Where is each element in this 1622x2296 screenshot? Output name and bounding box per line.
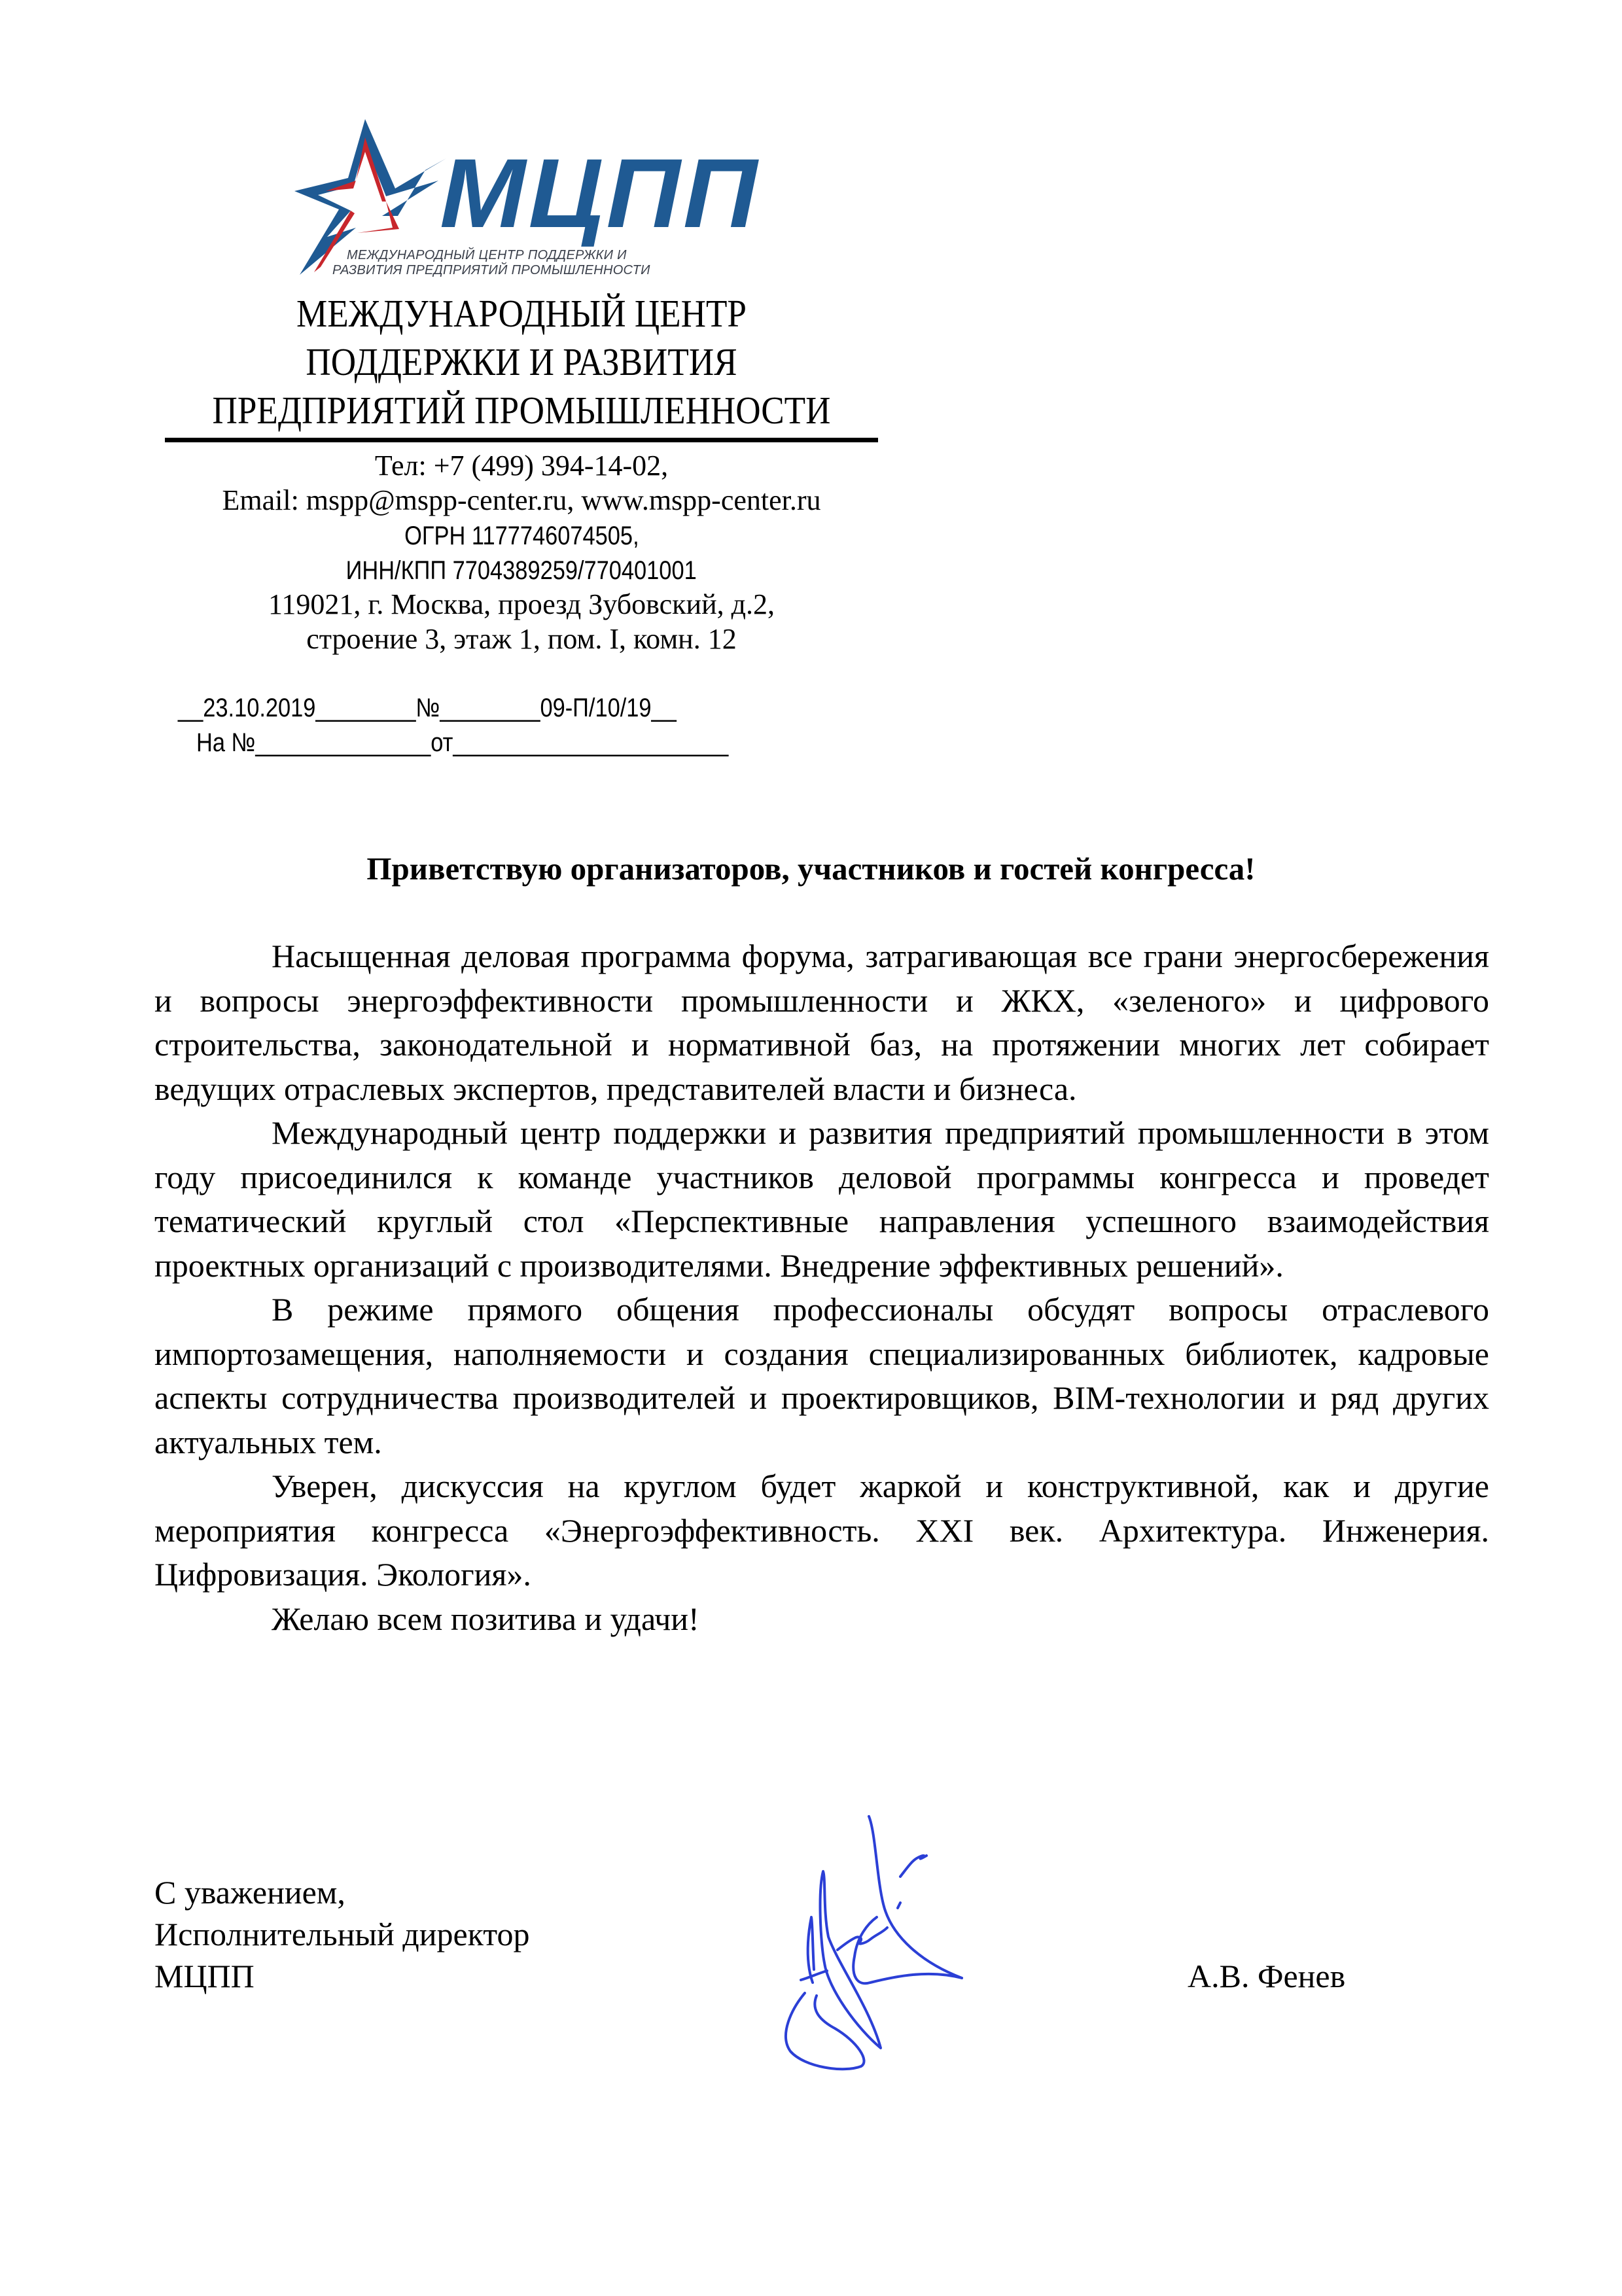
outgoing-registration-line: __23.10.2019________№________09-П/10/19_… xyxy=(178,691,677,726)
closing-block: С уважением, Исполнительный директор МЦП… xyxy=(154,1871,530,1997)
contact-block: Тел: +7 (499) 394-14-02, Email: mspp@msp… xyxy=(165,448,878,656)
signer-name: А.В. Фенев xyxy=(1188,1955,1345,1997)
body-paragraph: Международный центр поддержки и развития… xyxy=(154,1111,1489,1288)
date-prefix-blank: __ xyxy=(178,694,203,722)
number-suffix-blank: __ xyxy=(652,694,677,722)
body-paragraph: Насыщенная деловая программа форума, зат… xyxy=(154,934,1489,1111)
letter-greeting: Приветствую организаторов, участников и … xyxy=(0,849,1622,889)
date-gap-blank: ________ xyxy=(315,694,415,722)
reference-number-blank: ______________ xyxy=(255,728,431,757)
handwritten-signature-icon xyxy=(772,1793,1217,2081)
letter-body: Насыщенная деловая программа форума, зат… xyxy=(154,934,1489,1641)
body-paragraph: Уверен, дискуссия на круглом будет жарко… xyxy=(154,1464,1489,1597)
address-line-1: 119021, г. Москва, проезд Зубовский, д.2… xyxy=(165,587,878,622)
organization-name-line: ПОДДЕРЖКИ И РАЗВИТИЯ xyxy=(201,338,843,386)
logo-subtitle-line-2: РАЗВИТИЯ ПРЕДПРИЯТИЙ ПРОМЫШЛЕННОСТИ xyxy=(332,263,650,277)
signer-position: Исполнительный директор xyxy=(154,1913,530,1955)
signer-organization: МЦПП xyxy=(154,1955,530,1997)
letterhead-divider xyxy=(165,438,878,442)
email-and-website: Email: mspp@mspp-center.ru, www.mspp-cen… xyxy=(165,483,878,518)
address-line-2: строение 3, этаж 1, пом. I, комн. 12 xyxy=(165,622,878,656)
organization-name: МЕЖДУНАРОДНЫЙ ЦЕНТР ПОДДЕРЖКИ И РАЗВИТИЯ… xyxy=(201,289,843,434)
reference-from-blank: ______________________ xyxy=(453,728,728,757)
inn-kpp: ИНН/КПП 7704389259/770401001 xyxy=(346,554,697,588)
reference-number-label: На № xyxy=(196,728,255,757)
organization-logo: МЦПП МЕЖДУНАРОДНЫЙ ЦЕНТР ПОДДЕРЖКИ И РАЗ… xyxy=(288,118,772,281)
phone: Тел: +7 (499) 394-14-02, xyxy=(165,448,878,483)
organization-name-line: МЕЖДУНАРОДНЫЙ ЦЕНТР xyxy=(201,289,843,338)
document-date: 23.10.2019 xyxy=(203,694,315,722)
organization-name-line: ПРЕДПРИЯТИЙ ПРОМЫШЛЕННОСТИ xyxy=(201,386,843,434)
ogrn: ОГРН 1177746074505, xyxy=(404,519,639,554)
logo-subtitle-line-1: МЕЖДУНАРОДНЫЙ ЦЕНТР ПОДДЕРЖКИ И xyxy=(347,248,627,262)
body-paragraph: Желаю всем позитива и удачи! xyxy=(154,1597,1489,1642)
body-paragraph: В режиме прямого общения профессионалы о… xyxy=(154,1288,1489,1464)
reference-from-label: от xyxy=(431,728,453,757)
number-label: № xyxy=(415,694,440,722)
number-gap-blank: ________ xyxy=(440,694,540,722)
closing-salutation: С уважением, xyxy=(154,1871,530,1913)
incoming-reference-line: На №______________от____________________… xyxy=(196,726,728,760)
logo-wordmark: МЦПП xyxy=(440,144,760,242)
document-number: 09-П/10/19 xyxy=(540,694,651,722)
